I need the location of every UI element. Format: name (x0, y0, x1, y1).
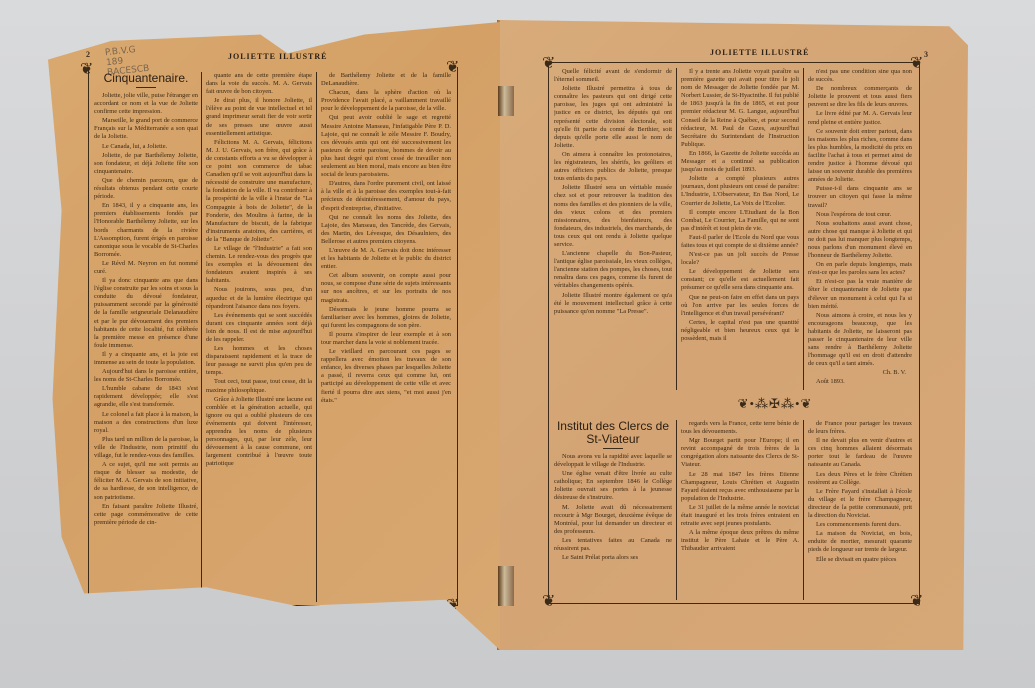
paragraph: Il pourra s'inspirer de leur exemple et … (321, 331, 451, 347)
paragraph: Nous avons vu la rapidité avec laquelle … (554, 453, 672, 469)
paragraph: Le Révd M. Neyron en fut nommé curé. (94, 260, 198, 276)
paragraph: Il ya donc cinquante ans que dans l'égli… (94, 277, 198, 350)
paragraph: Nous souhaitons aussi avant chose, autre… (808, 220, 912, 260)
paragraph: A ce sujet, qu'il me soit permis au risq… (94, 461, 198, 501)
paragraph: n'est pas une condition sine qua non de … (808, 68, 912, 84)
paragraph: Désormais le jeune homme pourra se famil… (321, 306, 451, 330)
paragraph: Plus tard un million de la paroisse, la … (94, 436, 198, 460)
article-column: Institut des Clercs de St-Viateur Nous a… (554, 420, 672, 598)
paragraph: Le village de "l'Industrie" a fait son c… (206, 245, 312, 285)
paragraph: Grâce à Joliette Illustré une lacune est… (206, 396, 312, 469)
paragraph: Marseille, le grand port de commerce Fra… (94, 117, 198, 141)
corner-flourish-icon: ❦ (80, 598, 93, 614)
corner-flourish-icon: ❦ (910, 56, 923, 72)
article-column: de France pour partager les travaux de l… (808, 420, 912, 598)
paragraph: Ce souvenir doit entrer partout, dans le… (808, 128, 912, 185)
paragraph: Le livre édité par M. A. Gervais leur re… (808, 110, 912, 126)
paragraph: Le Frère Fayard s'installait à l'école d… (808, 488, 912, 520)
page-number: 3 (924, 50, 928, 59)
paragraph: Une église venait d'être livrée au culte… (554, 470, 672, 502)
column-divider (803, 68, 804, 390)
left-page: P.B.V.G 189 BACESCB 2 JOLIETTE ILLUSTRÉ … (48, 22, 500, 650)
paragraph: Il ne devait plus en venir d'autres et c… (808, 437, 912, 469)
dateline: Août 1893. (808, 378, 912, 386)
paragraph: quante ans de cette première étape dans … (206, 72, 312, 96)
paragraph: La maison du Noviciat, en bois, enduite … (808, 530, 912, 554)
paragraph: Que de chemin parcouru, que de résultats… (94, 177, 198, 201)
paragraph: En faisant paraître Joliette Illustré, c… (94, 503, 198, 527)
paragraph: L'humble cabane de 1843 s'est rapidement… (94, 385, 198, 409)
binding-thread (498, 566, 514, 606)
paragraph: Il compte encore L'Etudiant de la Bon Co… (681, 209, 799, 233)
paragraph: Quelle félicité avant de s'endormir de l… (554, 68, 672, 84)
paragraph: De nombreux commerçants de Joliette le p… (808, 85, 912, 109)
column-divider (676, 68, 677, 390)
paragraph: Aujourd'hui dans le paroisse entière, le… (94, 368, 198, 384)
paragraph: Cet album souvenir, on compte aussi pour… (321, 272, 451, 304)
paragraph: Je dirai plus, il honore Joliette, il l'… (206, 97, 312, 137)
paragraph: Les événements qui se sont succédés dura… (206, 312, 312, 344)
author-signoff: Ch. B. V. (808, 369, 912, 377)
paragraph: En 1843, il y a cinquante ans, les premi… (94, 202, 198, 259)
paragraph: Faut-il parler de l'Ecole du Nord que vo… (681, 234, 799, 250)
paragraph: Le Saint Prélat porta alors ses (554, 554, 672, 562)
paragraph: Le 28 mai 1847 les frères Etienne Champa… (681, 471, 799, 503)
right-page: JOLIETTE ILLUSTRÉ 3 ❦ ❦ ❦ ❦ Quelle félic… (500, 20, 968, 650)
paragraph: On aimera à connaître les protonotaires,… (554, 151, 672, 183)
paragraph: Les commencements furent durs. (808, 521, 912, 529)
paragraph: Il y a cinquante ans, et la joie est imm… (94, 351, 198, 367)
paragraph: Nous jouirons, sous peu, d'un aqueduc et… (206, 286, 312, 310)
article-column: Il y a trente ans Joliette voyait paraît… (681, 68, 799, 388)
article-title: Cinquantenaire. (94, 72, 198, 85)
article-column: Quelle félicité avant de s'endormir de l… (554, 68, 672, 388)
title-rule (136, 87, 156, 88)
paragraph: Les tentatives faites au Canada ne réuss… (554, 537, 672, 553)
running-head: JOLIETTE ILLUSTRÉ (228, 52, 327, 61)
paragraph: Nous aimons à croire, et nous les y enco… (808, 312, 912, 369)
paragraph: Puisse-t-il dans cinquante ans se trouve… (808, 185, 912, 209)
paragraph: Joliette, jolie ville, puise l'étranger … (94, 92, 198, 116)
paragraph: L'ancienne chapelle du Bon-Pasteur, l'an… (554, 250, 672, 290)
paragraph: Les deux Pères et le frère Chrétien rest… (808, 471, 912, 487)
paragraph: Le colonel a fait place à la maison, la … (94, 411, 198, 435)
paragraph: Certes, le capital n'est pas une quantit… (681, 319, 799, 343)
corner-flourish-icon: ❦ (80, 62, 93, 78)
article-column: regards vers la France, cette terre béni… (681, 420, 799, 598)
paragraph: Joliette Illustré montre également ce qu… (554, 292, 672, 316)
binding-thread (498, 86, 514, 116)
column-divider (803, 420, 804, 600)
paragraph: de Barthélemy Joliette et de la famille … (321, 72, 451, 88)
paragraph: Joliette Illustré permettra à tous de co… (554, 85, 672, 150)
paragraph: Joliette, de par Barthélemy Joliette, so… (94, 152, 198, 176)
title-rule (603, 448, 623, 449)
paragraph: Joliette a compté plusieurs autres journ… (681, 175, 799, 207)
paragraph: Qui ne connaît les noms des Joliette, de… (321, 214, 451, 246)
article-column: de Barthélemy Joliette et de la famille … (321, 72, 451, 600)
paragraph: L'œuvre de M. A. Gervais doit donc intér… (321, 247, 451, 271)
paragraph: Chacun, dans la sphère d'action où la Pr… (321, 89, 451, 113)
corner-flourish-icon: ❦ (446, 598, 459, 614)
column-divider (676, 420, 677, 600)
paragraph: Mgr Bourget partit pour l'Europe; il en … (681, 437, 799, 469)
article-column: n'est pas une condition sine qua non de … (808, 68, 912, 390)
paragraph: A la même époque deux prêtres du même in… (681, 529, 799, 553)
paragraph: Que ne peut-on faire en effet dans un pa… (681, 294, 799, 318)
paragraph: de France pour partager les travaux de l… (808, 420, 912, 436)
corner-flourish-icon: ❦ (910, 594, 923, 610)
second-article-title: Institut des Clercs de St-Viateur (554, 420, 672, 446)
paragraph: Qui peut avoir oublié le sage et regrett… (321, 114, 451, 179)
running-head: JOLIETTE ILLUSTRÉ (710, 48, 809, 57)
paragraph: Il y a trente ans Joliette voyait paraît… (681, 68, 799, 149)
paragraph: Elle se divisait en quatre pièces (808, 556, 912, 564)
paragraph: Le développement de Joliette sera consta… (681, 268, 799, 292)
paragraph: Les hommes et les choses disparaissent r… (206, 345, 312, 377)
paragraph: M. Joliette avait dû nécessairement reco… (554, 504, 672, 536)
paragraph: En 1866, la Gazette de Joliette succéda … (681, 150, 799, 174)
paragraph: D'autres, dans l'ordre purement civil, o… (321, 180, 451, 212)
paragraph: Nous l'espérons de tout cœur. (808, 211, 912, 219)
paragraph: Le Canada, lui, a Joliette. (94, 143, 198, 151)
paragraph: Le vieillard en parcourant ces pages se … (321, 348, 451, 405)
paragraph: N'est-ce pas un joli succès de Presse lo… (681, 251, 799, 267)
column-divider (316, 72, 317, 602)
paragraph: On en parle depuis longtemps, mais n'est… (808, 261, 912, 277)
article-column: Cinquantenaire. Joliette, jolie ville, p… (94, 72, 198, 600)
paragraph: regards vers la France, cette terre béni… (681, 420, 799, 436)
paragraph: Joliette Illustré sera un véritable musé… (554, 184, 672, 249)
ornamental-divider-icon: ❦•⁂✠⁂•❦ (680, 396, 870, 412)
article-column: quante ans de cette première étape dans … (206, 72, 312, 600)
column-divider (201, 72, 202, 602)
paragraph: Le 31 juillet de la même année le novici… (681, 504, 799, 528)
page-number: 2 (86, 50, 90, 59)
paragraph: Félicitons M. A. Gervais, félicitons M. … (206, 139, 312, 244)
paragraph: Tout ceci, tout passe, tout cesse, dit l… (206, 378, 312, 394)
paragraph: Et n'est-ce pas la vraie manière de fête… (808, 278, 912, 310)
